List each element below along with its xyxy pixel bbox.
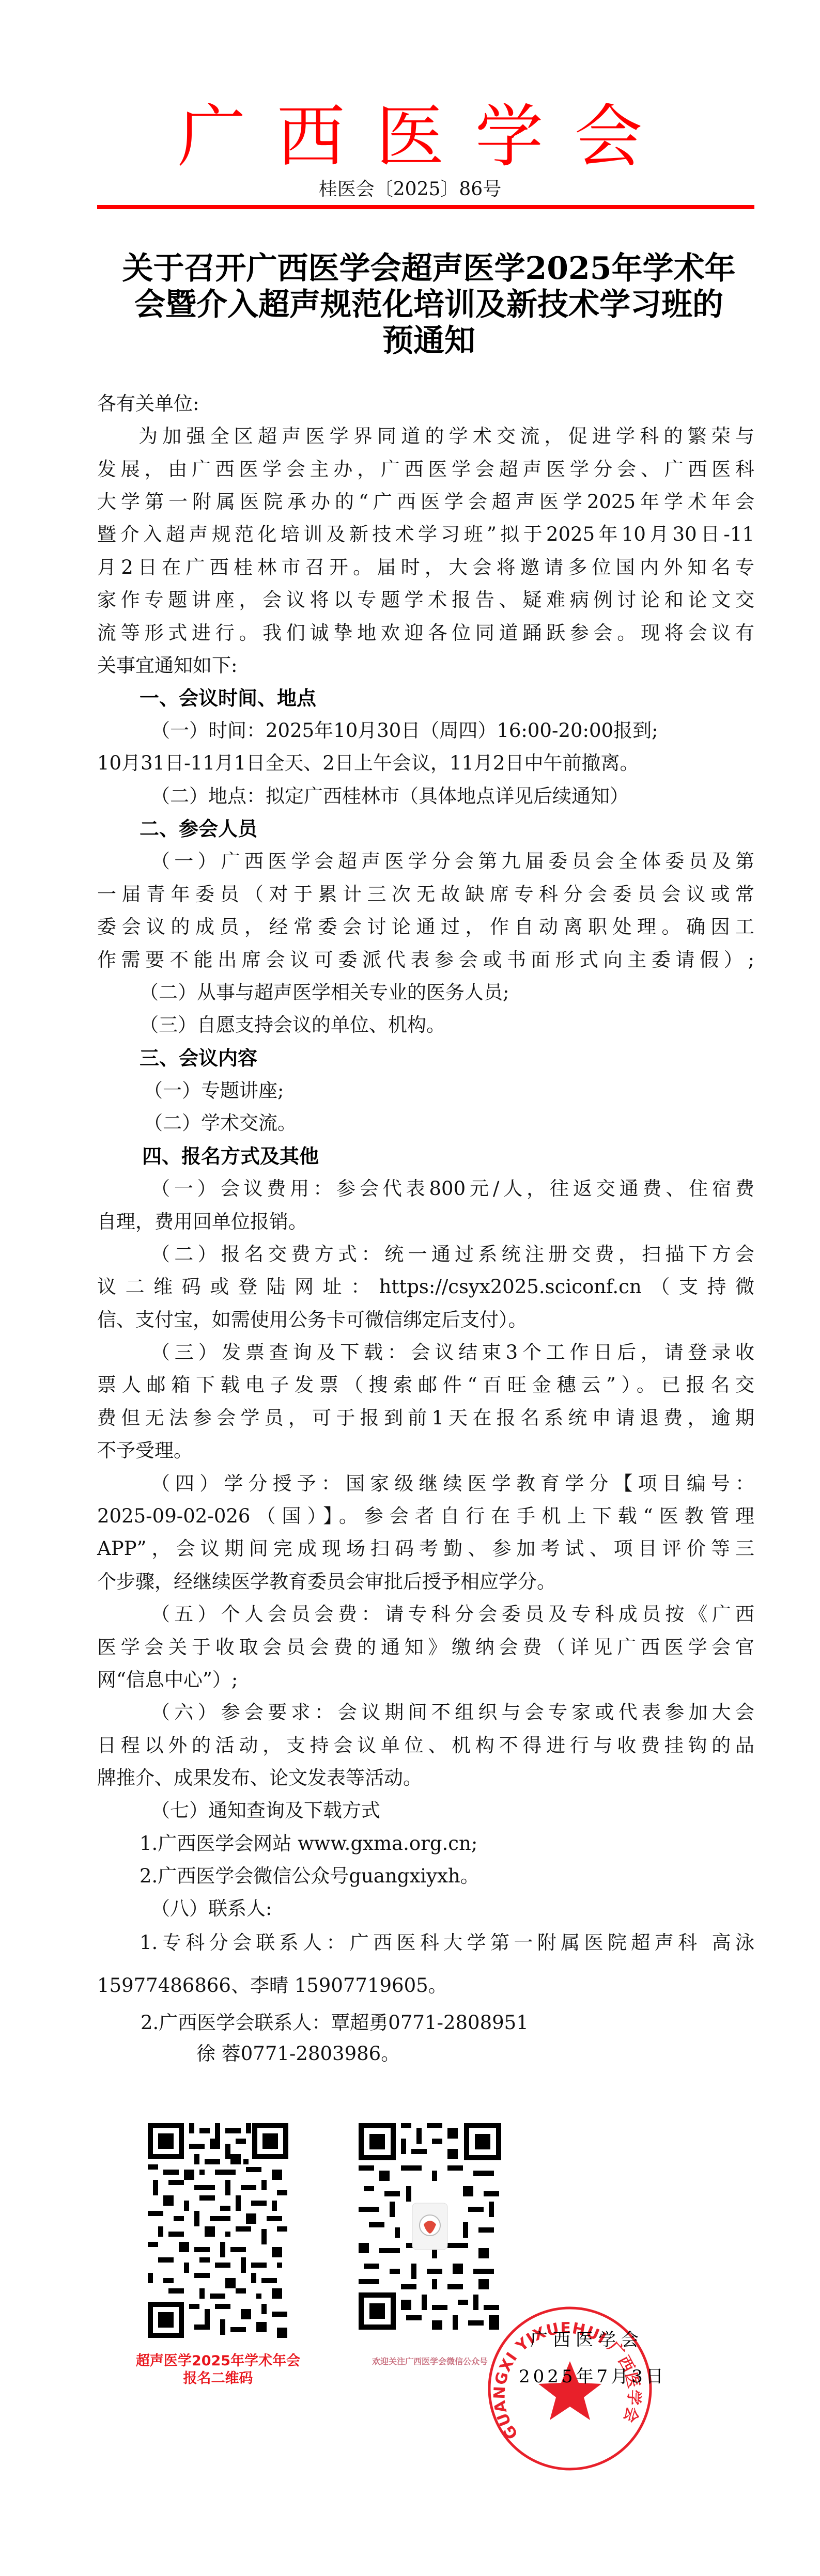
section-heading: 二、参会人员 [140, 818, 257, 840]
intro-line: 暨介入超声规范化培训及新技术学习班”拟于2025年10月30日-11 [97, 523, 754, 546]
section-item-line: （三）发票查询及下载：会议结束3个工作日后，请登录收 [151, 1341, 754, 1364]
section-item-line: （一）广西医学会超声医学分会第九届委员会全体委员及第 [151, 850, 754, 873]
section-item-line: 不予受理。 [97, 1439, 193, 1462]
section-item-line: 1.广西医学会网站 www.gxma.org.cn; [140, 1832, 477, 1855]
section-item-line: 2025-09-02-026（国）】。参会者自行在手机上下载“医教管理 [97, 1505, 754, 1528]
section-item-line: APP”，会议期间完成现场扫码考勤、参加考试、项目评价等三 [97, 1537, 754, 1560]
section-item-line: （一）专题讲座; [144, 1079, 284, 1102]
section-item-line: 委会议的成员，经常委会讨论通过，作自动离职处理。确因工 [97, 916, 754, 938]
intro-line: 流等形式进行。我们诚挚地欢迎各位同道踊跃参会。现将会议有 [97, 622, 754, 645]
intro-line: 家作专题讲座，会议将以专题学术报告、疑难病例讨论和论文交 [97, 589, 754, 611]
section-item-line: 15977486866、李晴 15907719605。 [97, 1974, 447, 1997]
intro-line: 发展，由广西医学会主办，广西医学会超声医学分会、广西医科 [97, 458, 754, 481]
section-item-line: 2.广西医学会联系人：覃超勇0771-2808951 [141, 2012, 529, 2034]
section-item-line: 2.广西医学会微信公众号guangxiyxh。 [140, 1865, 479, 1888]
section-item-line: 自理，费用回单位报销。 [97, 1211, 307, 1233]
section-item-line: 日程以外的活动，支持会议单位、机构不得进行与收费挂钩的品 [97, 1734, 754, 1757]
signature-date: 2025年7月3日 [519, 2366, 667, 2387]
qr-code-icon [359, 2123, 501, 2330]
section-item-line: 作需要不能出席会议可委派代表参会或书面形式向主委请假）; [97, 949, 754, 971]
masthead-org-name: 广西医学会 [0, 98, 820, 176]
registration-qr-caption: 超声医学2025年学术年会 报名二维码 [124, 2352, 312, 2387]
signature-org: 广西医学会 [530, 2330, 644, 2350]
intro-line: 大学第一附属医院承办的“广西医学会超声医学2025年学术年会 [97, 491, 754, 513]
title-line: 预通知 [98, 323, 760, 359]
section-item-line: （二）地点：拟定广西桂林市（具体地点详见后续通知） [151, 785, 629, 808]
document-number: 桂医会〔2025〕86号 [0, 178, 820, 201]
wechat-qr-code[interactable] [359, 2123, 501, 2330]
section-heading: 一、会议时间、地点 [140, 687, 316, 710]
section-item-line: 网“信息中心”）; [97, 1669, 238, 1691]
section-item-line: （二）学术交流。 [144, 1112, 297, 1135]
intro-line: 为加强全区超声医学界同道的学术交流，促进学科的繁荣与 [138, 425, 754, 448]
notice-page: 广西医学会 桂医会〔2025〕86号 关于召开广西医学会超声医学2025年学术年… [0, 0, 820, 2576]
section-item-line: 议二维码或登陆网址：https://csyx2025.sciconf.cn（支持… [97, 1276, 754, 1298]
section-item-line: 费但无法参会学员，可于报到前1天在报名系统申请退费，逾期 [97, 1407, 754, 1430]
title-line: 关于召开广西医学会超声医学2025年学术年 [98, 250, 760, 287]
section-item-line: 信、支付宝，如需使用公务卡可微信绑定后支付）。 [97, 1309, 528, 1331]
title-line: 会暨介入超声规范化培训及新技术学习班的 [98, 287, 760, 323]
section-heading: 三、会议内容 [140, 1047, 257, 1070]
section-item-line: （七）通知查询及下载方式 [151, 1799, 380, 1822]
qr-code-icon [148, 2123, 288, 2338]
section-item-line: 医学会关于收取会员会费的通知》缴纳会费（详见广西医学会官 [97, 1636, 754, 1659]
section-item-line: （一）时间：2025年10月30日（周四）16:00-20:00报到; [151, 719, 658, 742]
caption-line: 报名二维码 [124, 2370, 312, 2387]
registration-qr-code[interactable] [148, 2123, 288, 2338]
section-item-line: （二）从事与超声医学相关专业的医务人员; [140, 981, 509, 1004]
section-item-line: （三）自愿支持会议的单位、机构。 [140, 1014, 445, 1036]
caption-line: 超声医学2025年学术年会 [124, 2352, 312, 2370]
section-item-line: 牌推介、成果发布、论文发表等活动。 [97, 1767, 422, 1789]
section-item-line: 10月31日-11月1日全天、2日上午会议，11月2日中午前撤离。 [97, 752, 639, 775]
section-item-line: （一）会议费用：参会代表800元/人，往返交通费、住宿费 [151, 1177, 754, 1200]
section-item-line: （五）个人会员会费：请专科分会委员及专科成员按《广西 [151, 1603, 754, 1626]
section-item-line: （二）报名交费方式：统一通过系统注册交费，扫描下方会 [151, 1243, 754, 1266]
section-item-line: 票人邮箱下载电子发票（搜索邮件“百旺金穗云”）。已报名交 [97, 1374, 754, 1396]
section-item-line: （六）参会要求：会议期间不组织与会专家或代表参加大会 [151, 1701, 754, 1724]
section-item-line: 个步骤，经继续医学教育委员会审批后授予相应学分。 [97, 1570, 556, 1593]
salutation: 各有关单位: [97, 392, 199, 415]
section-item-line: （八）联系人: [151, 1897, 272, 1920]
notice-title: 关于召开广西医学会超声医学2025年学术年 会暨介入超声规范化培训及新技术学习班… [98, 250, 760, 359]
section-item-line: 一届青年委员（对于累计三次无故缺席专科分会委员会议或常 [97, 883, 754, 906]
section-heading: 四、报名方式及其他 [142, 1145, 319, 1168]
section-item-line: 徐 蓉0771-2803986。 [196, 2043, 400, 2065]
section-item-line: 1.专科分会联系人：广西医科大学第一附属医院超声科 高泳 [140, 1931, 754, 1954]
red-divider [97, 205, 754, 209]
section-item-line: （四）学分授予：国家级继续医学教育学分【项目编号： [151, 1472, 754, 1495]
intro-line: 关事宜通知如下: [97, 654, 237, 677]
intro-line: 月2日在广西桂林市召开。届时，大会将邀请多位国内外知名专 [97, 556, 754, 579]
